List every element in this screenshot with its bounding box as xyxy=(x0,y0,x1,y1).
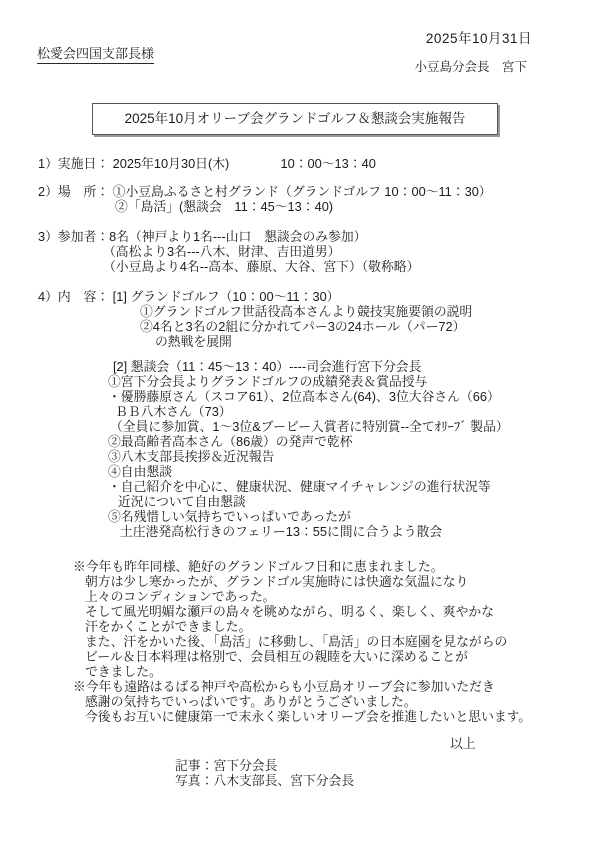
doc-line-note1-8: できました。 xyxy=(38,664,585,679)
doc-line-meeting-11: 土庄港発高松行きのフェリー13：55に間に合うよう散会 xyxy=(38,524,585,539)
credit-article: 記事：宮下分会長 xyxy=(38,758,585,773)
doc-line-golf-2: ②4名と3名の2組に分かれてパー3の24ホール（パー72） xyxy=(38,319,585,334)
doc-line-note2-3: 今後もお互いに健康第一で末永く楽しいオリーブ会を推進したいと思います。 xyxy=(38,709,585,724)
sender-line: 小豆島分会長 宮下 xyxy=(414,57,527,75)
doc-line-meeting-5: ②最高齢者高本さん（86歳）の発声で乾杯 xyxy=(38,434,585,449)
closing-mark: 以上 xyxy=(38,736,585,751)
doc-line-golf-3: の熱戦を展開 xyxy=(38,334,585,349)
report-page: 2025年10月31日 松愛会四国支部長様 小豆島分会長 宮下 2025年10月… xyxy=(0,0,595,841)
doc-line-meeting-4: （全員に参加賞、1～3位&ブービー入賞者に特別賞--全てｵﾘｰﾌﾞ 製品） xyxy=(38,419,585,434)
doc-line-golf-1: ①グランドゴルフ世話役高本さんより競技実施要領の説明 xyxy=(38,304,585,319)
doc-line-participants-2: （高松より3名---八木、財津、吉田道男） xyxy=(38,244,585,259)
doc-line-note1-7: ビール＆日本料理は格別で、会員相互の親睦を大いに深めることが xyxy=(38,649,585,664)
credit-photo: 写真：八木支部長、宮下分会長 xyxy=(38,773,585,788)
doc-line-note1-4: そして風光明媚な瀬戸の島々を眺めながら、明るく、楽しく、爽やかな xyxy=(38,604,585,619)
doc-line-meeting-6: ③八木支部長挨拶＆近況報告 xyxy=(38,449,585,464)
doc-line-note1-6: また、汗をかいた後、「島活」に移動し、「島活」の日本庭園を見ながらの xyxy=(38,634,585,649)
doc-line-participants-3: （小豆島より4名--高本、藤原、大谷、宮下）（敬称略） xyxy=(38,259,585,274)
doc-line-meeting-1: ①宮下分会長よりグランドゴルフの成績発表＆賞品授与 xyxy=(38,374,585,389)
report-body: 1）実施日： 2025年10月30日(木) 10：00～13：40 2）場 所：… xyxy=(38,156,585,788)
doc-line-place-2: ②「島活」(懇談会 11：45～13：40) xyxy=(38,199,585,214)
document-date: 2025年10月31日 xyxy=(426,27,532,47)
doc-line-note1-5: 汗をかくことができました。 xyxy=(38,619,585,634)
doc-line-meeting-9: 近況について自由懇談 xyxy=(38,494,585,509)
doc-line-participants-1: 3）参加者：8名（神戸より1名---山口 懇談会のみ参加） xyxy=(38,229,585,244)
doc-line-note2-1: ※今年も遠路はるばる神戸や高松からも小豆島オリーブ会に参加いただき xyxy=(38,679,585,694)
doc-line-note1-2: 朝方は少し寒かったが、グランドゴル実施時には快適な気温になり xyxy=(38,574,585,589)
doc-line-meeting-3: ＢＢ八木さん（73） xyxy=(38,404,585,419)
doc-line-meeting-2: ・優勝藤原さん（スコア61）、2位高本さん(64)、3位大谷さん（66） xyxy=(38,389,585,404)
doc-line-meeting-7: ④自由懇談 xyxy=(38,464,585,479)
doc-line-meeting-10: ⑤名残惜しい気持ちでいっぱいであったが xyxy=(38,509,585,524)
doc-line-note1-3: 上々のコンディションであった。 xyxy=(38,589,585,604)
doc-line-meeting-header: [2] 懇談会（11：45～13：40）----司会進行宮下分会長 xyxy=(38,359,585,374)
recipient-line: 松愛会四国支部長様 xyxy=(37,43,154,64)
doc-line-place-1: 2）場 所： ①小豆島ふるさと村グランド（グランドゴルフ 10：00～11：30… xyxy=(38,184,585,199)
doc-line-note2-2: 感謝の気持ちでいっぱいです。ありがとうございました。 xyxy=(38,694,585,709)
doc-line-note1-1: ※今年も昨年同様、絶好のグランドゴルフ日和に恵まれました。 xyxy=(38,559,585,574)
report-title: 2025年10月オリーブ会グランドゴルフ＆懇談会実施報告 xyxy=(92,103,498,135)
doc-line-contents-header: 4）内 容： [1] グランドゴルフ（10：00～11：30） xyxy=(38,289,585,304)
doc-line-meeting-8: ・自己紹介を中心に、健康状況、健康マイチャレンジの進行状況等 xyxy=(38,479,585,494)
doc-line-date: 1）実施日： 2025年10月30日(木) 10：00～13：40 xyxy=(38,156,585,171)
